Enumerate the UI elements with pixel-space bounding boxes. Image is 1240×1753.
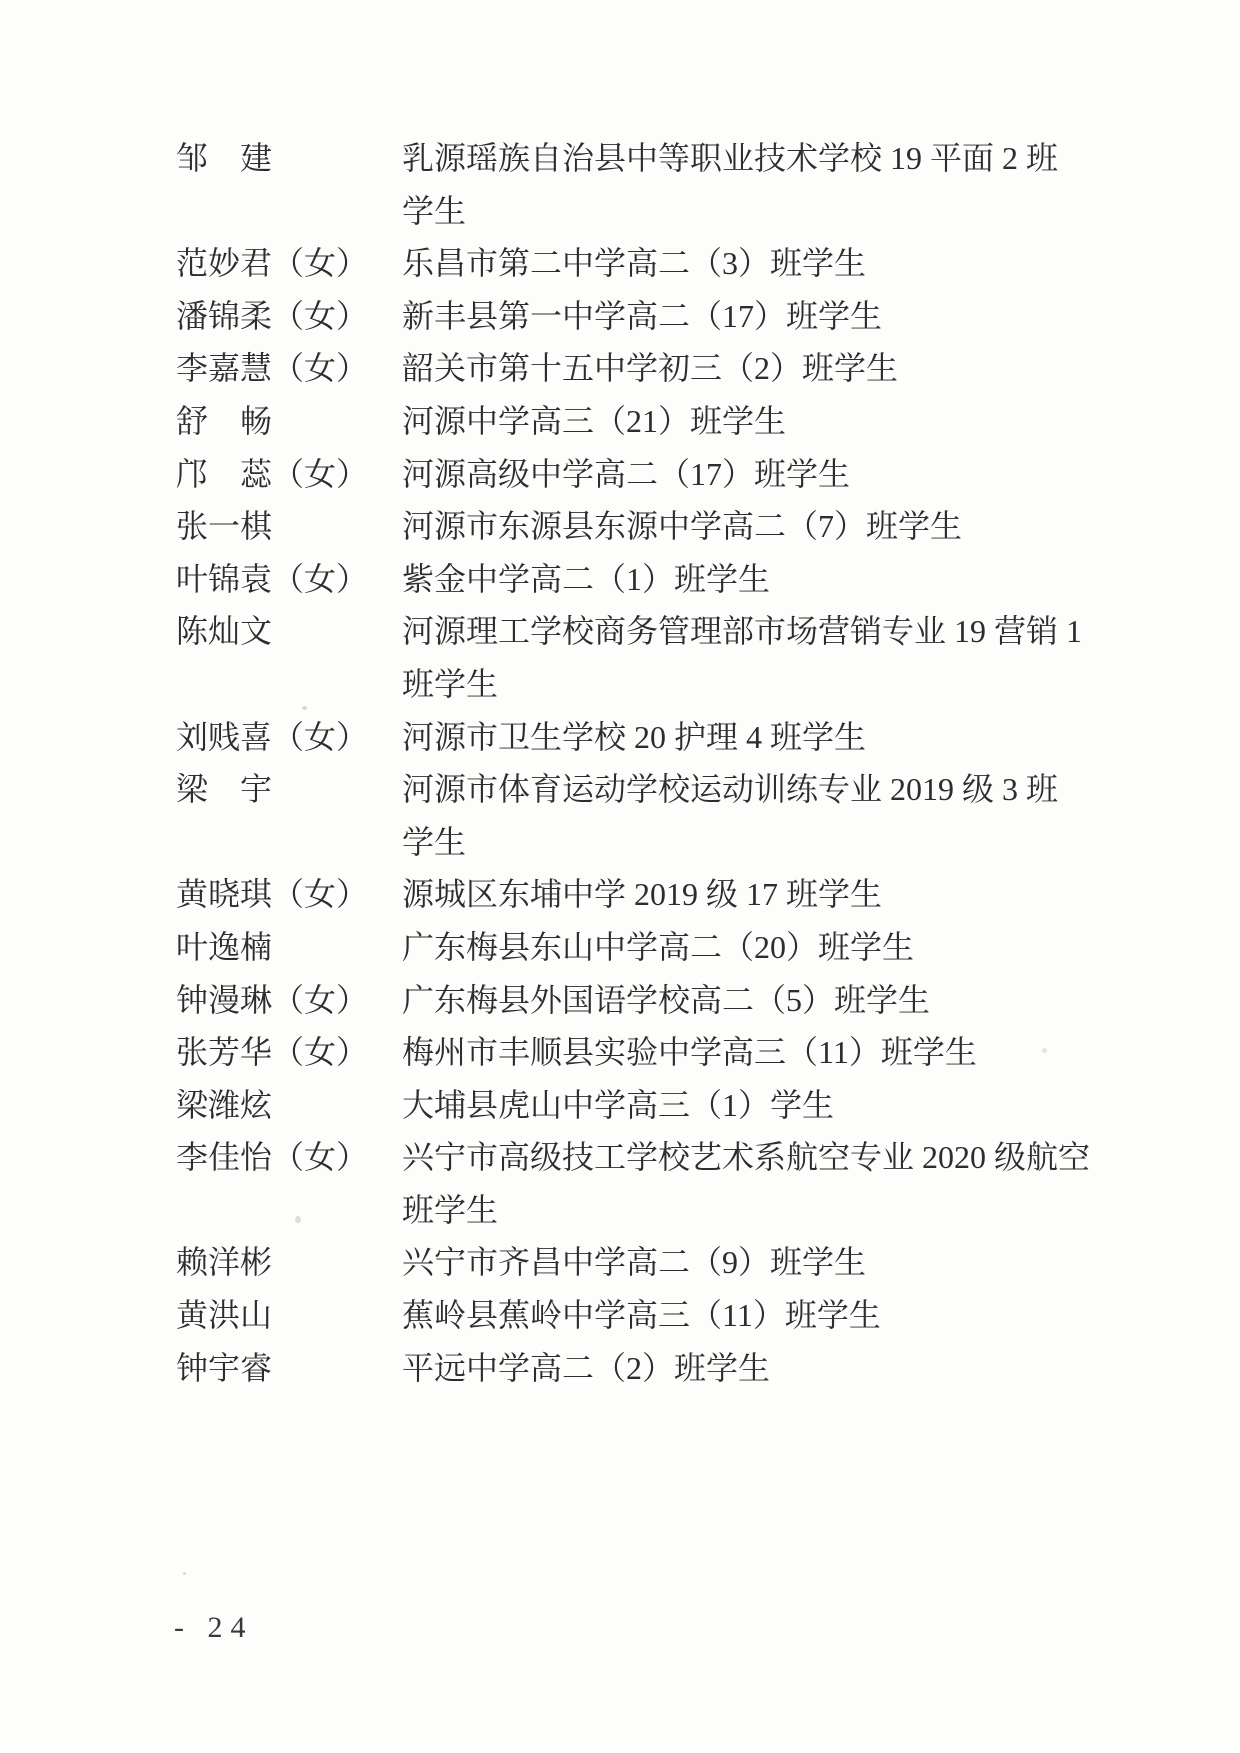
list-item: 钟宇睿 平远中学高二（2）班学生 <box>176 1342 1036 1395</box>
school-line: 河源市体育运动学校运动训练专业 2019 级 3 班 <box>402 763 1058 816</box>
student-name: 潘锦柔（女） <box>176 290 402 343</box>
student-name: 赖洋彬 <box>176 1236 402 1289</box>
school-line: 广东梅县东山中学高二（20）班学生 <box>402 921 1036 974</box>
student-name: 李佳怡（女） <box>176 1131 402 1184</box>
student-name: 叶逸楠 <box>176 921 402 974</box>
student-name: 张一棋 <box>176 500 402 553</box>
student-school: 乳源瑶族自治县中等职业技术学校 19 平面 2 班学生 <box>402 132 1058 237</box>
student-name: 梁 宇 <box>176 763 402 816</box>
student-name: 钟宇睿 <box>176 1342 402 1395</box>
student-name: 黄洪山 <box>176 1289 402 1342</box>
school-line: 河源中学高三（21）班学生 <box>402 395 1036 448</box>
list-item: 潘锦柔（女） 新丰县第一中学高二（17）班学生 <box>176 290 1036 343</box>
school-line: 大埔县虎山中学高三（1）学生 <box>402 1079 1036 1132</box>
student-school: 紫金中学高二（1）班学生 <box>402 553 1036 606</box>
student-name: 舒 畅 <box>176 395 402 448</box>
student-name: 刘贱喜（女） <box>176 711 402 764</box>
student-school: 河源市卫生学校 20 护理 4 班学生 <box>402 711 1036 764</box>
scan-speck <box>302 706 307 710</box>
list-item: 梁潍炫 大埔县虎山中学高三（1）学生 <box>176 1079 1036 1132</box>
student-school: 兴宁市齐昌中学高二（9）班学生 <box>402 1236 1036 1289</box>
list-item: 叶逸楠 广东梅县东山中学高二（20）班学生 <box>176 921 1036 974</box>
school-line: 乳源瑶族自治县中等职业技术学校 19 平面 2 班 <box>402 132 1058 185</box>
scan-speck <box>295 1216 301 1223</box>
student-name: 黄晓琪（女） <box>176 868 402 921</box>
school-line: 广东梅县外国语学校高二（5）班学生 <box>402 974 1036 1027</box>
list-item: 陈灿文 河源理工学校商务管理部市场营销专业 19 营销 1班学生 <box>176 605 1036 710</box>
student-school: 平远中学高二（2）班学生 <box>402 1342 1036 1395</box>
school-line: 平远中学高二（2）班学生 <box>402 1342 1036 1395</box>
school-line: 河源高级中学高二（17）班学生 <box>402 448 1036 501</box>
school-line: 班学生 <box>402 658 1082 711</box>
school-line: 韶关市第十五中学初三（2）班学生 <box>402 342 1036 395</box>
list-item: 刘贱喜（女） 河源市卫生学校 20 护理 4 班学生 <box>176 711 1036 764</box>
student-school: 新丰县第一中学高二（17）班学生 <box>402 290 1036 343</box>
list-item: 黄晓琪（女） 源城区东埔中学 2019 级 17 班学生 <box>176 868 1036 921</box>
student-name: 钟漫琳（女） <box>176 974 402 1027</box>
student-school: 广东梅县东山中学高二（20）班学生 <box>402 921 1036 974</box>
student-name: 范妙君（女） <box>176 237 402 290</box>
school-line: 源城区东埔中学 2019 级 17 班学生 <box>402 868 1036 921</box>
list-item: 钟漫琳（女） 广东梅县外国语学校高二（5）班学生 <box>176 974 1036 1027</box>
school-line: 乐昌市第二中学高二（3）班学生 <box>402 237 1036 290</box>
school-line: 河源市东源县东源中学高二（7）班学生 <box>402 500 1036 553</box>
page-number: - 24 <box>174 1608 254 1648</box>
list-item: 李嘉慧（女） 韶关市第十五中学初三（2）班学生 <box>176 342 1036 395</box>
school-line: 蕉岭县蕉岭中学高三（11）班学生 <box>402 1289 1036 1342</box>
student-school: 大埔县虎山中学高三（1）学生 <box>402 1079 1036 1132</box>
list-item: 邹 建 乳源瑶族自治县中等职业技术学校 19 平面 2 班学生 <box>176 132 1036 237</box>
student-name: 邹 建 <box>176 132 402 185</box>
student-school: 河源中学高三（21）班学生 <box>402 395 1036 448</box>
student-school: 梅州市丰顺县实验中学高三（11）班学生 <box>402 1026 1036 1079</box>
scan-speck <box>1042 1048 1047 1053</box>
school-line: 兴宁市高级技工学校艺术系航空专业 2020 级航空 <box>402 1131 1090 1184</box>
scan-speck <box>183 1572 186 1575</box>
student-name: 邝 蕊（女） <box>176 448 402 501</box>
student-school: 河源高级中学高二（17）班学生 <box>402 448 1036 501</box>
school-line: 兴宁市齐昌中学高二（9）班学生 <box>402 1236 1036 1289</box>
list-item: 张芳华（女） 梅州市丰顺县实验中学高三（11）班学生 <box>176 1026 1036 1079</box>
student-school: 河源市体育运动学校运动训练专业 2019 级 3 班学生 <box>402 763 1058 868</box>
student-school: 河源理工学校商务管理部市场营销专业 19 营销 1班学生 <box>402 605 1082 710</box>
list-item: 黄洪山 蕉岭县蕉岭中学高三（11）班学生 <box>176 1289 1036 1342</box>
student-name: 梁潍炫 <box>176 1079 402 1132</box>
school-line: 河源市卫生学校 20 护理 4 班学生 <box>402 711 1036 764</box>
school-line: 学生 <box>402 185 1058 238</box>
list-item: 范妙君（女） 乐昌市第二中学高二（3）班学生 <box>176 237 1036 290</box>
student-name: 陈灿文 <box>176 605 402 658</box>
student-list: 邹 建 乳源瑶族自治县中等职业技术学校 19 平面 2 班学生 范妙君（女） 乐… <box>176 132 1036 1394</box>
student-name: 叶锦袁（女） <box>176 553 402 606</box>
school-line: 班学生 <box>402 1184 1090 1237</box>
list-item: 张一棋 河源市东源县东源中学高二（7）班学生 <box>176 500 1036 553</box>
student-school: 蕉岭县蕉岭中学高三（11）班学生 <box>402 1289 1036 1342</box>
document-page: 邹 建 乳源瑶族自治县中等职业技术学校 19 平面 2 班学生 范妙君（女） 乐… <box>0 0 1240 1753</box>
list-item: 李佳怡（女） 兴宁市高级技工学校艺术系航空专业 2020 级航空班学生 <box>176 1131 1036 1236</box>
school-line: 学生 <box>402 816 1058 869</box>
list-item: 邝 蕊（女） 河源高级中学高二（17）班学生 <box>176 448 1036 501</box>
student-school: 广东梅县外国语学校高二（5）班学生 <box>402 974 1036 1027</box>
student-name: 张芳华（女） <box>176 1026 402 1079</box>
list-item: 叶锦袁（女） 紫金中学高二（1）班学生 <box>176 553 1036 606</box>
school-line: 紫金中学高二（1）班学生 <box>402 553 1036 606</box>
list-item: 舒 畅 河源中学高三（21）班学生 <box>176 395 1036 448</box>
list-item: 赖洋彬 兴宁市齐昌中学高二（9）班学生 <box>176 1236 1036 1289</box>
school-line: 梅州市丰顺县实验中学高三（11）班学生 <box>402 1026 1036 1079</box>
list-item: 梁 宇 河源市体育运动学校运动训练专业 2019 级 3 班学生 <box>176 763 1036 868</box>
student-school: 源城区东埔中学 2019 级 17 班学生 <box>402 868 1036 921</box>
school-line: 新丰县第一中学高二（17）班学生 <box>402 290 1036 343</box>
student-school: 兴宁市高级技工学校艺术系航空专业 2020 级航空班学生 <box>402 1131 1090 1236</box>
student-school: 河源市东源县东源中学高二（7）班学生 <box>402 500 1036 553</box>
student-school: 乐昌市第二中学高二（3）班学生 <box>402 237 1036 290</box>
student-name: 李嘉慧（女） <box>176 342 402 395</box>
student-school: 韶关市第十五中学初三（2）班学生 <box>402 342 1036 395</box>
school-line: 河源理工学校商务管理部市场营销专业 19 营销 1 <box>402 605 1082 658</box>
